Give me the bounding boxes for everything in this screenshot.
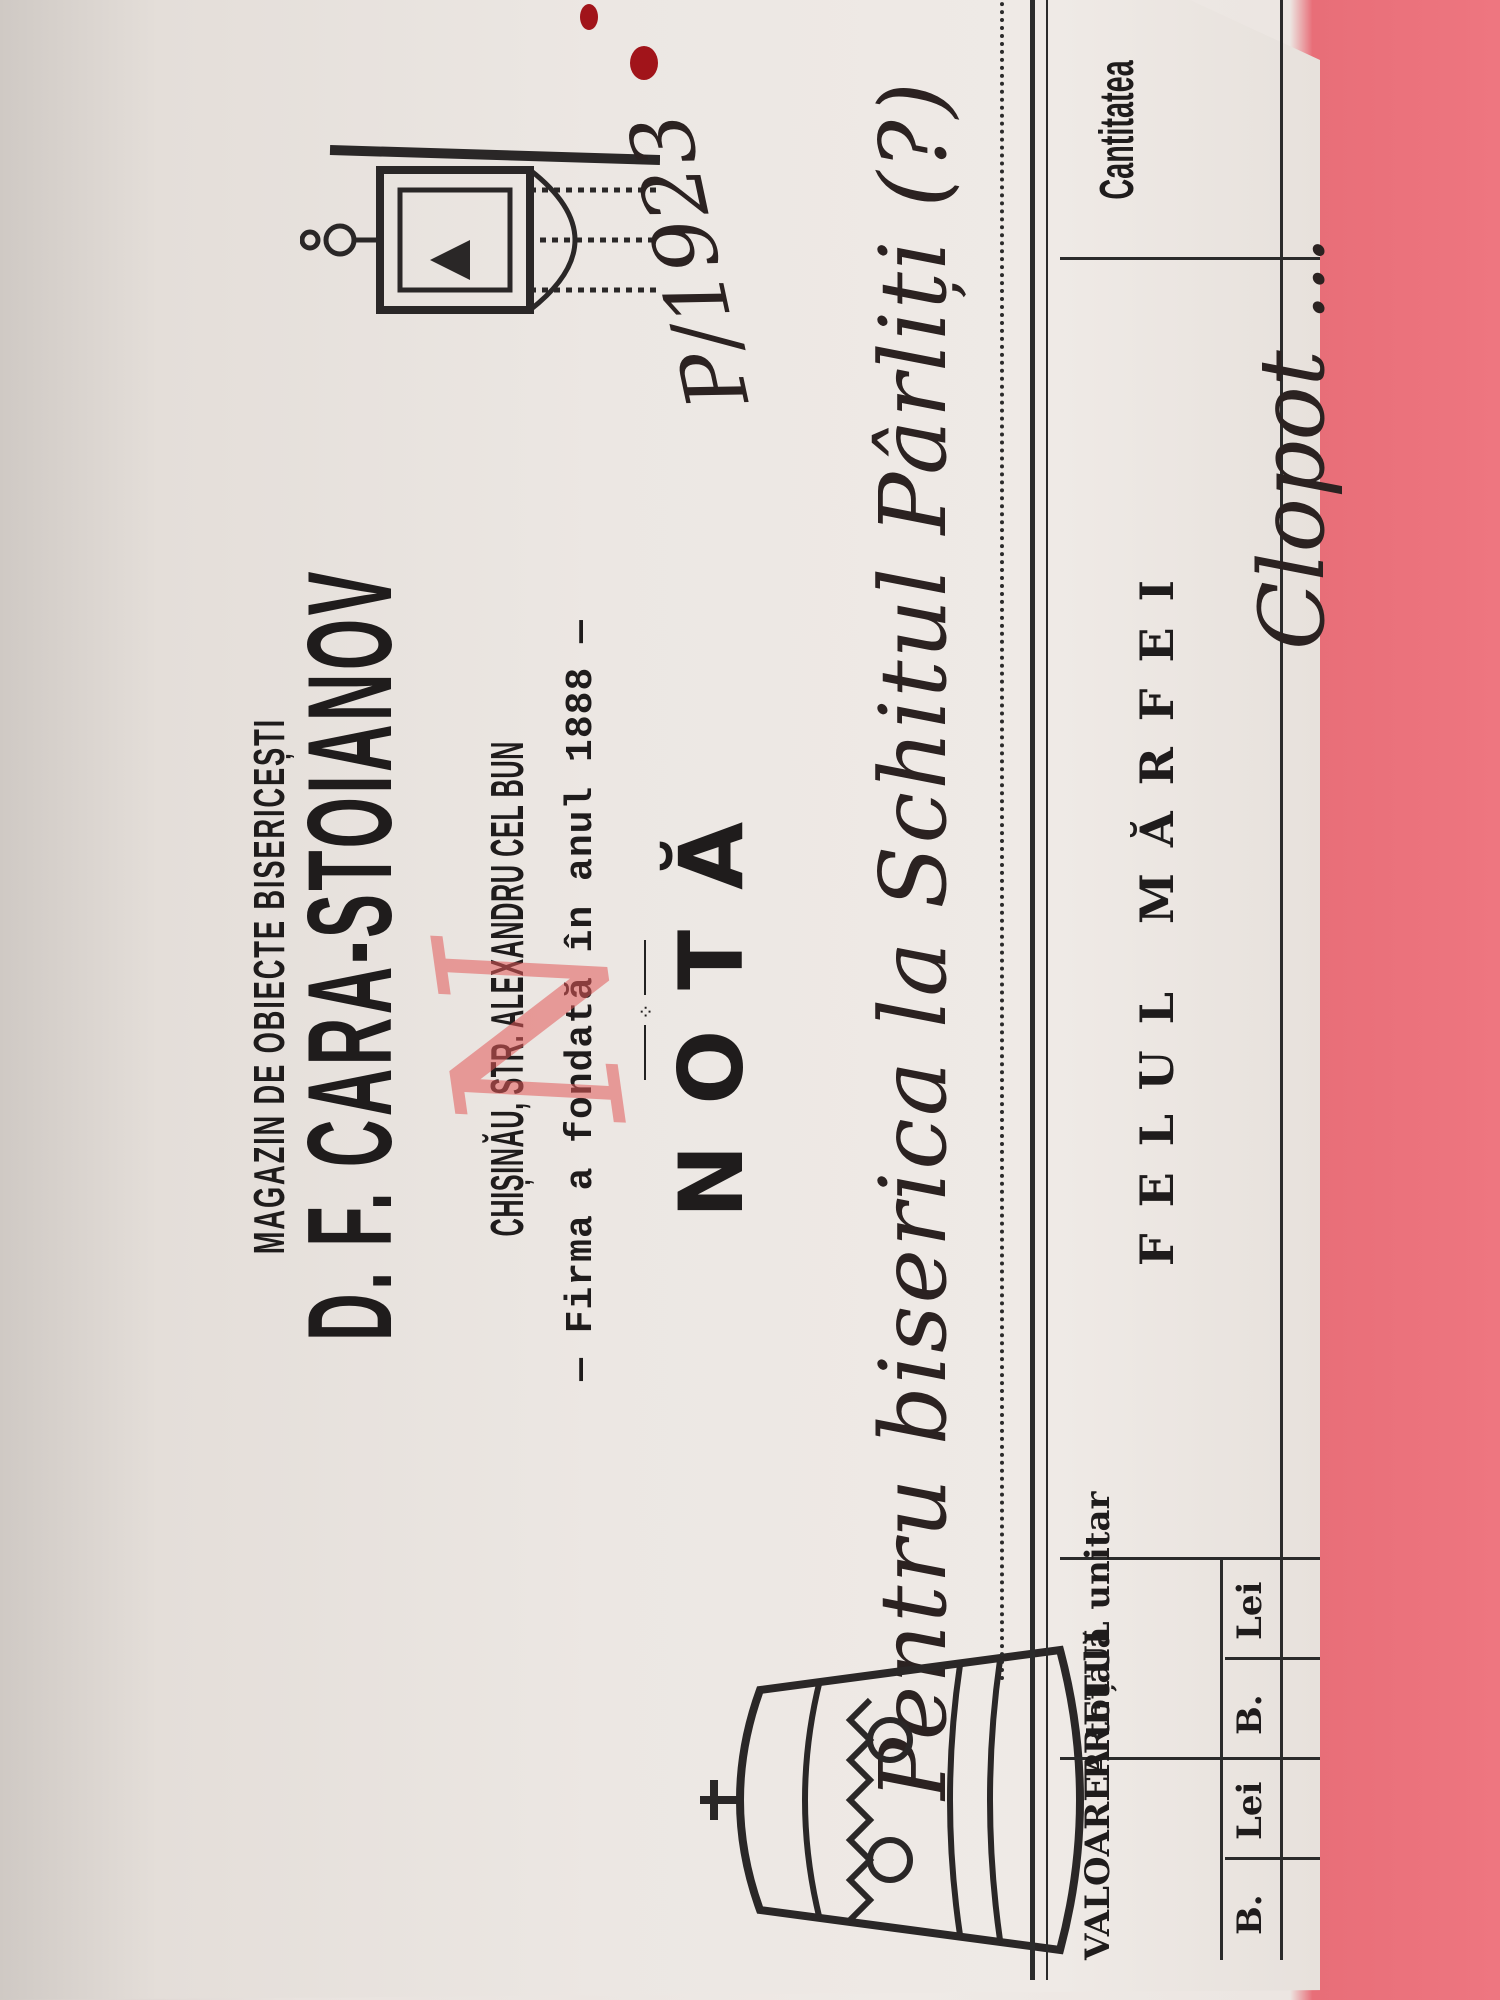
handwritten-recipient: Pentru biserica la Schitul Pârliți (?) [860, 80, 967, 1800]
dotted-rule [1000, 0, 1004, 1680]
red-pencil-mark: N [387, 911, 679, 1147]
subheader-bani: B. [1230, 1894, 1270, 1935]
subcolumn-divider [1225, 1657, 1320, 1660]
column-header-description: FELUL MĂRFEI [1130, 260, 1184, 1560]
handwritten-item: Clopot ... [1240, 236, 1345, 650]
subheader-lei: Lei [1230, 1582, 1270, 1640]
store-name: D. F. CARA-STOIANOV [290, 659, 410, 1341]
subcolumn-divider [1225, 1857, 1320, 1860]
wax-drop [580, 4, 598, 30]
column-header-quantity: Cantitatea [1090, 52, 1145, 208]
wax-drop [630, 46, 658, 80]
subheader-lei: Lei [1230, 1782, 1270, 1840]
table-top-rule [1030, 0, 1035, 1980]
subheader-bani: B. [1230, 1694, 1270, 1735]
censer-icon [300, 20, 660, 460]
header-sub-rule [1220, 1560, 1223, 1960]
column-header-total-value: VALOAREA totală [1080, 1760, 1117, 1960]
invoice-document: MAGAZIN DE OBIECTE BISERICEȘTI D. F. CAR… [0, 0, 1320, 2000]
table-top-rule-thin [1046, 0, 1048, 1980]
document-title: NOTĂ [660, 700, 763, 1300]
